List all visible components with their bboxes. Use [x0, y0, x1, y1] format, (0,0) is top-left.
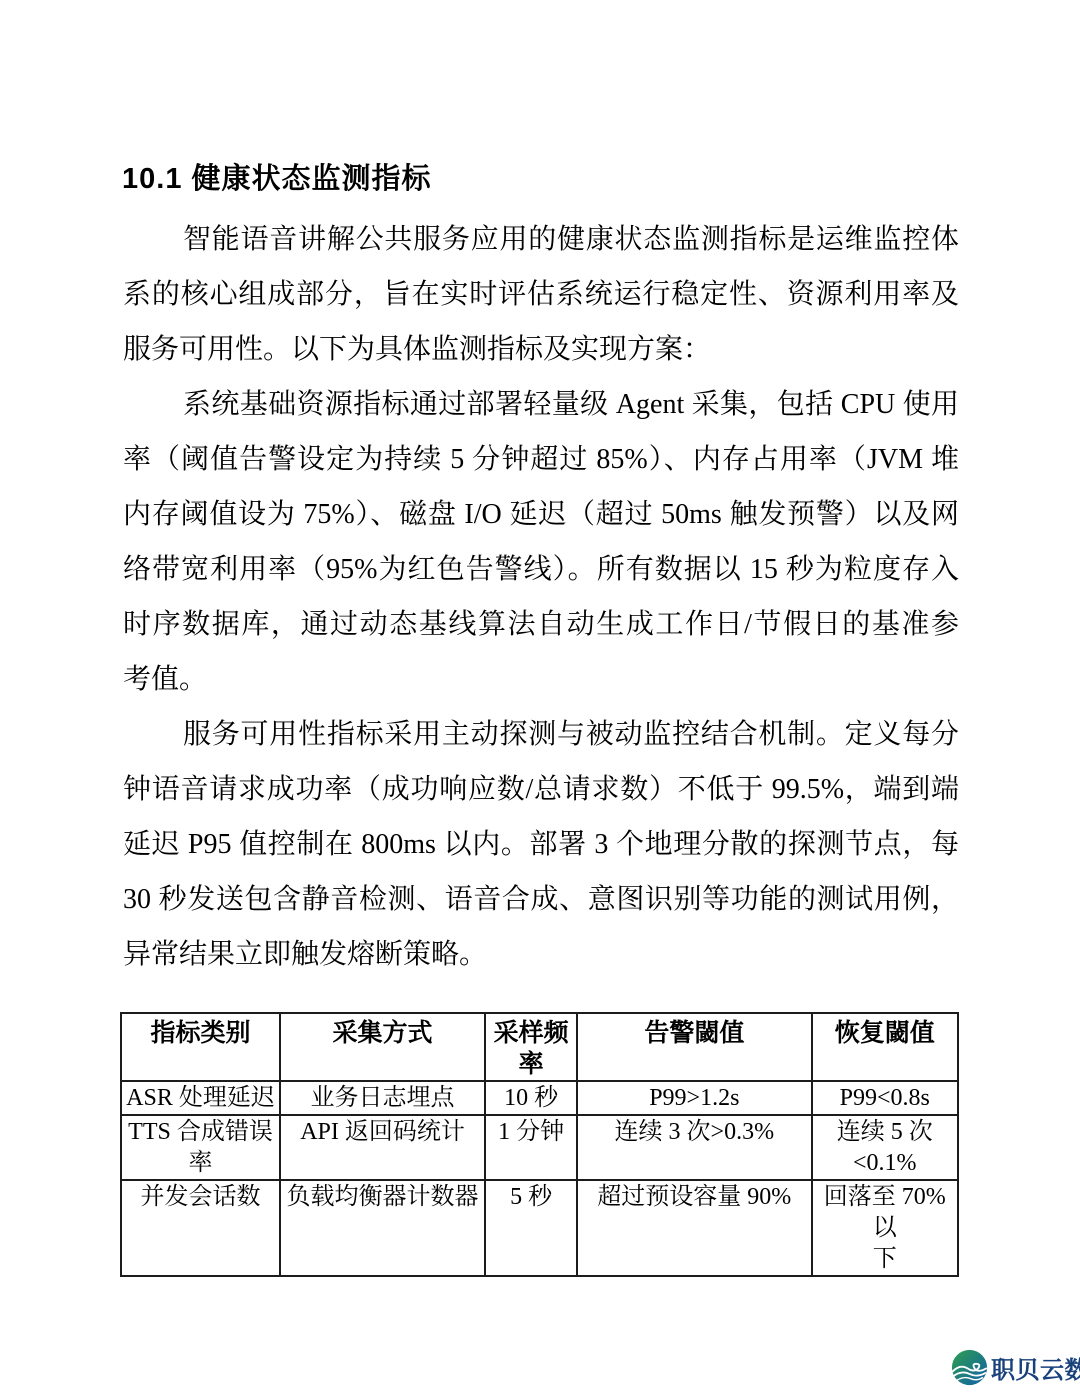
table-cell: 连续 3 次>0.3% — [577, 1115, 811, 1180]
table-header-cell: 告警閾值 — [577, 1013, 811, 1081]
table-cell: 1 分钟 — [485, 1115, 577, 1180]
table-header-cell: 恢复閾值 — [812, 1013, 959, 1081]
table-cell: 并发会话数 — [121, 1180, 280, 1276]
table-header-cell: 采集方式 — [280, 1013, 485, 1081]
table-cell: 10 秒 — [485, 1081, 577, 1115]
text-line: 30 秒发送包含静音检测、语音合成、意图识别等功能的测试用例， — [123, 872, 959, 927]
text-line: 钟语音请求成功率（成功响应数/总请求数）不低于 99.5%，端到端 — [123, 762, 959, 817]
table-row: TTS 合成错误 率 API 返回码统计 1 分钟 连续 3 次>0.3% 连续… — [121, 1115, 958, 1180]
table-row: 并发会话数 负载均衡器计数器 5 秒 超过预设容量 90% 回落至 70%以 下 — [121, 1180, 958, 1276]
body-text: 智能语音讲解公共服务应用的健康状态监测指标是运维监控体 系的核心组成部分，旨在实… — [123, 212, 959, 982]
table-row: ASR 处理延迟 业务日志埋点 10 秒 P99>1.2s P99<0.8s — [121, 1081, 958, 1115]
paragraph: 服务可用性指标采用主动探测与被动监控结合机制。定义每分 钟语音请求成功率（成功响… — [123, 707, 959, 982]
table-header-row: 指标类别 采集方式 采样频 率 告警閾值 恢复閾值 — [121, 1013, 958, 1081]
text-line: 内存阈值设为 75%）、磁盘 I/O 延迟（超过 50ms 触发预警）以及网 — [123, 487, 959, 542]
text-line: 考值。 — [123, 652, 959, 707]
text-line: 延迟 P95 值控制在 800ms 以内。部署 3 个地理分散的探测节点，每 — [123, 817, 959, 872]
table-cell: 连续 5 次 <0.1% — [812, 1115, 959, 1180]
wave-globe-icon — [951, 1349, 988, 1386]
text-line: 服务可用性指标采用主动探测与被动监控结合机制。定义每分 — [123, 707, 959, 762]
table-cell: 负载均衡器计数器 — [280, 1180, 485, 1276]
table-cell: P99<0.8s — [812, 1081, 959, 1115]
metrics-table: 指标类别 采集方式 采样频 率 告警閾值 恢复閾值 ASR 处理延迟 业务日志埋… — [120, 1012, 959, 1277]
text-line: 智能语音讲解公共服务应用的健康状态监测指标是运维监控体 — [123, 212, 959, 267]
table-header-cell: 采样频 率 — [485, 1013, 577, 1081]
table-cell: 回落至 70%以 下 — [812, 1180, 959, 1276]
paragraph: 智能语音讲解公共服务应用的健康状态监测指标是运维监控体 系的核心组成部分，旨在实… — [123, 212, 959, 377]
text-line: 系的核心组成部分，旨在实时评估系统运行稳定性、资源利用率及 — [123, 267, 959, 322]
table-cell: API 返回码统计 — [280, 1115, 485, 1180]
logo-text: 职贝云数 — [991, 1350, 1080, 1385]
table-cell: TTS 合成错误 率 — [121, 1115, 280, 1180]
table-header-cell: 指标类别 — [121, 1013, 280, 1081]
text-line: 络带宽利用率（95%为红色告警线）。所有数据以 15 秒为粒度存入 — [123, 542, 959, 597]
text-line: 率（阈值告警设定为持续 5 分钟超过 85%）、内存占用率（JVM 堆 — [123, 432, 959, 487]
table-cell: 5 秒 — [485, 1180, 577, 1276]
text-line: 异常结果立即触发熔断策略。 — [123, 927, 959, 982]
table-cell: 超过预设容量 90% — [577, 1180, 811, 1276]
text-line: 系统基础资源指标通过部署轻量级 Agent 采集，包括 CPU 使用 — [123, 377, 959, 432]
section-heading: 10.1 健康状态监测指标 — [122, 156, 432, 197]
brand-logo: 职贝云数 — [951, 1349, 1080, 1386]
table-cell: 业务日志埋点 — [280, 1081, 485, 1115]
paragraph: 系统基础资源指标通过部署轻量级 Agent 采集，包括 CPU 使用 率（阈值告… — [123, 377, 959, 707]
text-line: 时序数据库，通过动态基线算法自动生成工作日/节假日的基准参 — [123, 597, 959, 652]
text-line: 服务可用性。以下为具体监测指标及实现方案： — [123, 322, 959, 377]
document-page: 10.1 健康状态监测指标 智能语音讲解公共服务应用的健康状态监测指标是运维监控… — [0, 0, 1080, 1397]
table-cell: P99>1.2s — [577, 1081, 811, 1115]
table-cell: ASR 处理延迟 — [121, 1081, 280, 1115]
